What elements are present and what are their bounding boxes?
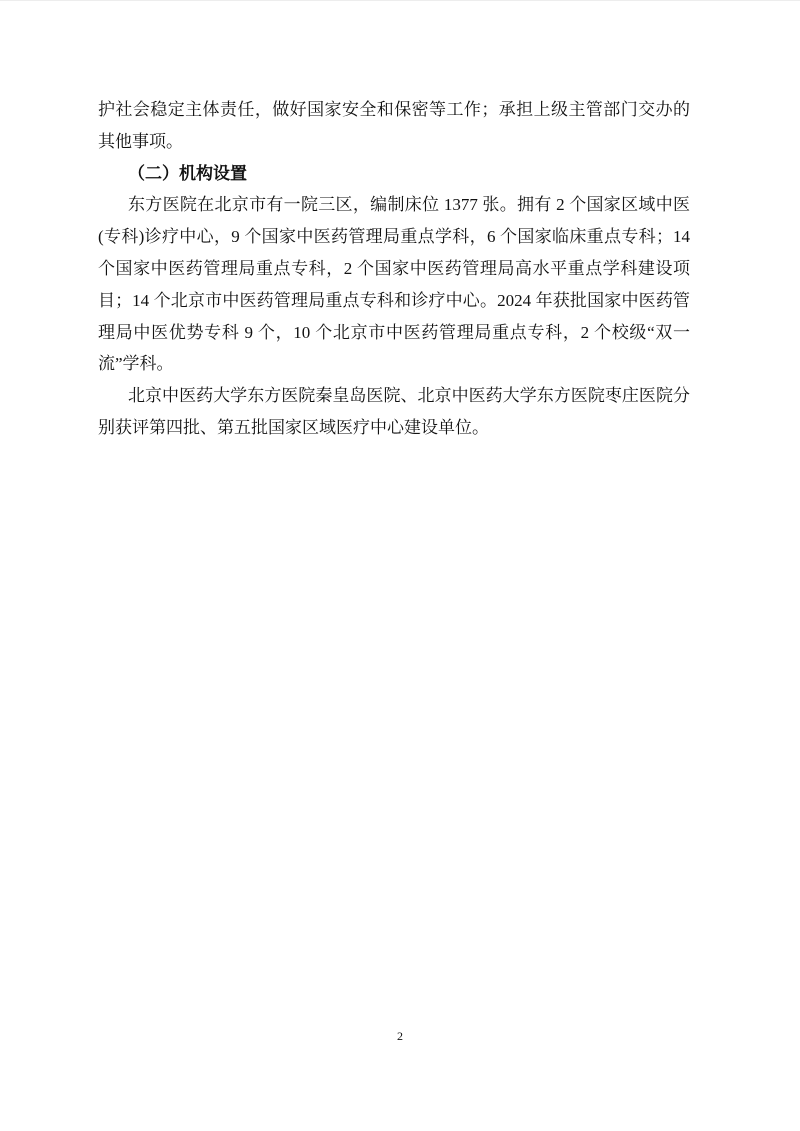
paragraph-continuation: 护社会稳定主体责任，做好国家安全和保密等工作；承担上级主管部门交办的其他事项。: [98, 94, 690, 158]
paragraph-institution-overview: 东方医院在北京市有一院三区，编制床位 1377 张。拥有 2 个国家区域中医(专…: [98, 189, 690, 380]
section-heading: （二）机构设置: [98, 158, 690, 190]
page-number: 2: [0, 1028, 800, 1044]
document-body: 护社会稳定主体责任，做好国家安全和保密等工作；承担上级主管部门交办的其他事项。 …: [98, 94, 690, 444]
paragraph-regional-centers: 北京中医药大学东方医院秦皇岛医院、北京中医药大学东方医院枣庄医院分别获评第四批、…: [98, 380, 690, 444]
document-page: 护社会稳定主体责任，做好国家安全和保密等工作；承担上级主管部门交办的其他事项。 …: [0, 0, 800, 1131]
